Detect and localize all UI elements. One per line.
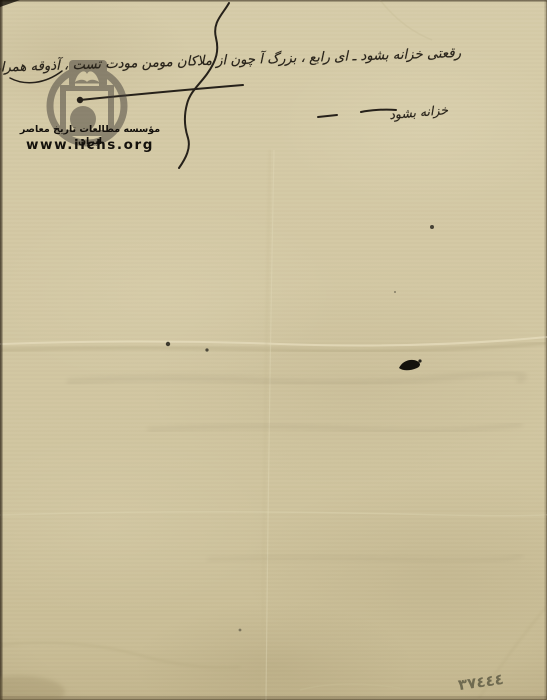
paper-specks	[166, 225, 434, 631]
ink-blob	[399, 359, 422, 370]
archive-number: ٣٧٤٤٤	[457, 670, 505, 694]
handwriting-line-2: خزانه بشود	[389, 102, 449, 122]
ink-bleed-through	[70, 373, 524, 562]
handwriting-line-1: رقعتی خزانه بشود ـ ای رابع ، بزرگ آ چون …	[0, 45, 461, 76]
watermark-website: www.iichs.org	[12, 137, 168, 153]
scanned-document-page: مؤسسه مطالعات تاریخ معاصر ایران www.iich…	[0, 0, 547, 700]
